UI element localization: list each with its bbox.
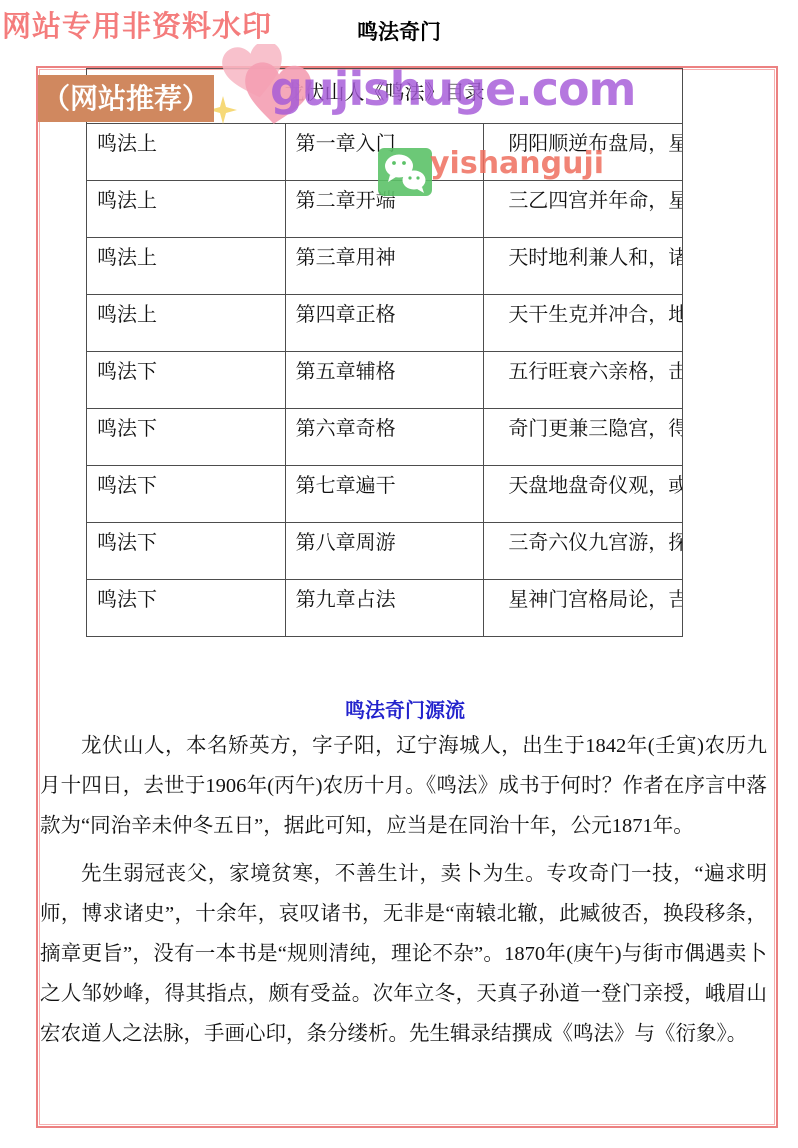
volume-cell: 鸣法下 bbox=[87, 580, 286, 637]
chapter-cell: 第七章遍干 bbox=[285, 466, 484, 523]
table-row: 鸣法上 第四章正格 天干生克并冲合，地支刑冲论短长。 bbox=[87, 295, 683, 352]
site-watermark: gujishuge.com bbox=[270, 62, 636, 116]
verse-cell: 天时地利兼人和，诸般用神权变取。 bbox=[484, 238, 683, 295]
verse-cell: 天盘地盘奇仪观，或吉或凶等闲看。 bbox=[484, 466, 683, 523]
volume-cell: 鸣法上 bbox=[87, 238, 286, 295]
wechat-icon bbox=[378, 148, 432, 201]
table-row: 鸣法下 第六章奇格 奇门更兼三隐宫，得使游仪遁诈假。 bbox=[87, 409, 683, 466]
verse-cell: 天干生克并冲合，地支刑冲论短长。 bbox=[484, 295, 683, 352]
table-row: 鸣法下 第九章占法 星神门宫格局论，吉凶悔吝仔细参。 bbox=[87, 580, 683, 637]
page-title: 鸣法奇门 bbox=[0, 16, 798, 46]
volume-cell: 鸣法上 bbox=[87, 295, 286, 352]
article-body: 龙伏山人，本名矫英方，字子阳，辽宁海城人，出生于1842年(壬寅)农历九月十四日… bbox=[40, 726, 767, 1062]
verse-cell: 三乙四宫并年命，星神门上论吉凶。 bbox=[484, 181, 683, 238]
chapter-cell: 第六章奇格 bbox=[285, 409, 484, 466]
chapter-cell: 第九章占法 bbox=[285, 580, 484, 637]
site-watermark-secondary: yishanguji bbox=[430, 146, 604, 181]
document-page: 网站专用非资料水印 鸣法奇门 龙伏山人《鸣法》目录 鸣法上 第一章入门 阴阳顺逆… bbox=[0, 0, 798, 1148]
verse-cell: 五行旺衰六亲格，击刑入墓门宫看。 bbox=[484, 352, 683, 409]
volume-cell: 鸣法下 bbox=[87, 523, 286, 580]
table-row: 鸣法下 第五章辅格 五行旺衰六亲格，击刑入墓门宫看。 bbox=[87, 352, 683, 409]
paragraph-origin-2: 先生弱冠丧父，家境贫寒，不善生计，卖卜为生。专攻奇门一技，“遍求明师，博求诸史”… bbox=[40, 854, 767, 1054]
chapter-cell: 第八章周游 bbox=[285, 523, 484, 580]
verse-cell: 星神门宫格局论，吉凶悔吝仔细参。 bbox=[484, 580, 683, 637]
table-row: 鸣法下 第七章遍干 天盘地盘奇仪观，或吉或凶等闲看。 bbox=[87, 466, 683, 523]
table-row: 鸣法上 第三章用神 天时地利兼人和，诸般用神权变取。 bbox=[87, 238, 683, 295]
volume-cell: 鸣法下 bbox=[87, 409, 286, 466]
volume-cell: 鸣法上 bbox=[87, 181, 286, 238]
section-heading: 鸣法奇门源流 bbox=[36, 694, 774, 723]
paragraph-origin-1: 龙伏山人，本名矫英方，字子阳，辽宁海城人，出生于1842年(壬寅)农历九月十四日… bbox=[40, 726, 767, 846]
site-recommend-badge: （网站推荐） bbox=[38, 75, 214, 122]
volume-cell: 鸣法下 bbox=[87, 352, 286, 409]
chapter-cell: 第四章正格 bbox=[285, 295, 484, 352]
table-row: 鸣法下 第八章周游 三奇六仪九宫游，探隐索颐秘中求。 bbox=[87, 523, 683, 580]
verse-cell: 奇门更兼三隐宫，得使游仪遁诈假。 bbox=[484, 409, 683, 466]
volume-cell: 鸣法下 bbox=[87, 466, 286, 523]
chapter-cell: 第三章用神 bbox=[285, 238, 484, 295]
chapter-cell: 第五章辅格 bbox=[285, 352, 484, 409]
verse-cell: 三奇六仪九宫游，探隐索颐秘中求。 bbox=[484, 523, 683, 580]
